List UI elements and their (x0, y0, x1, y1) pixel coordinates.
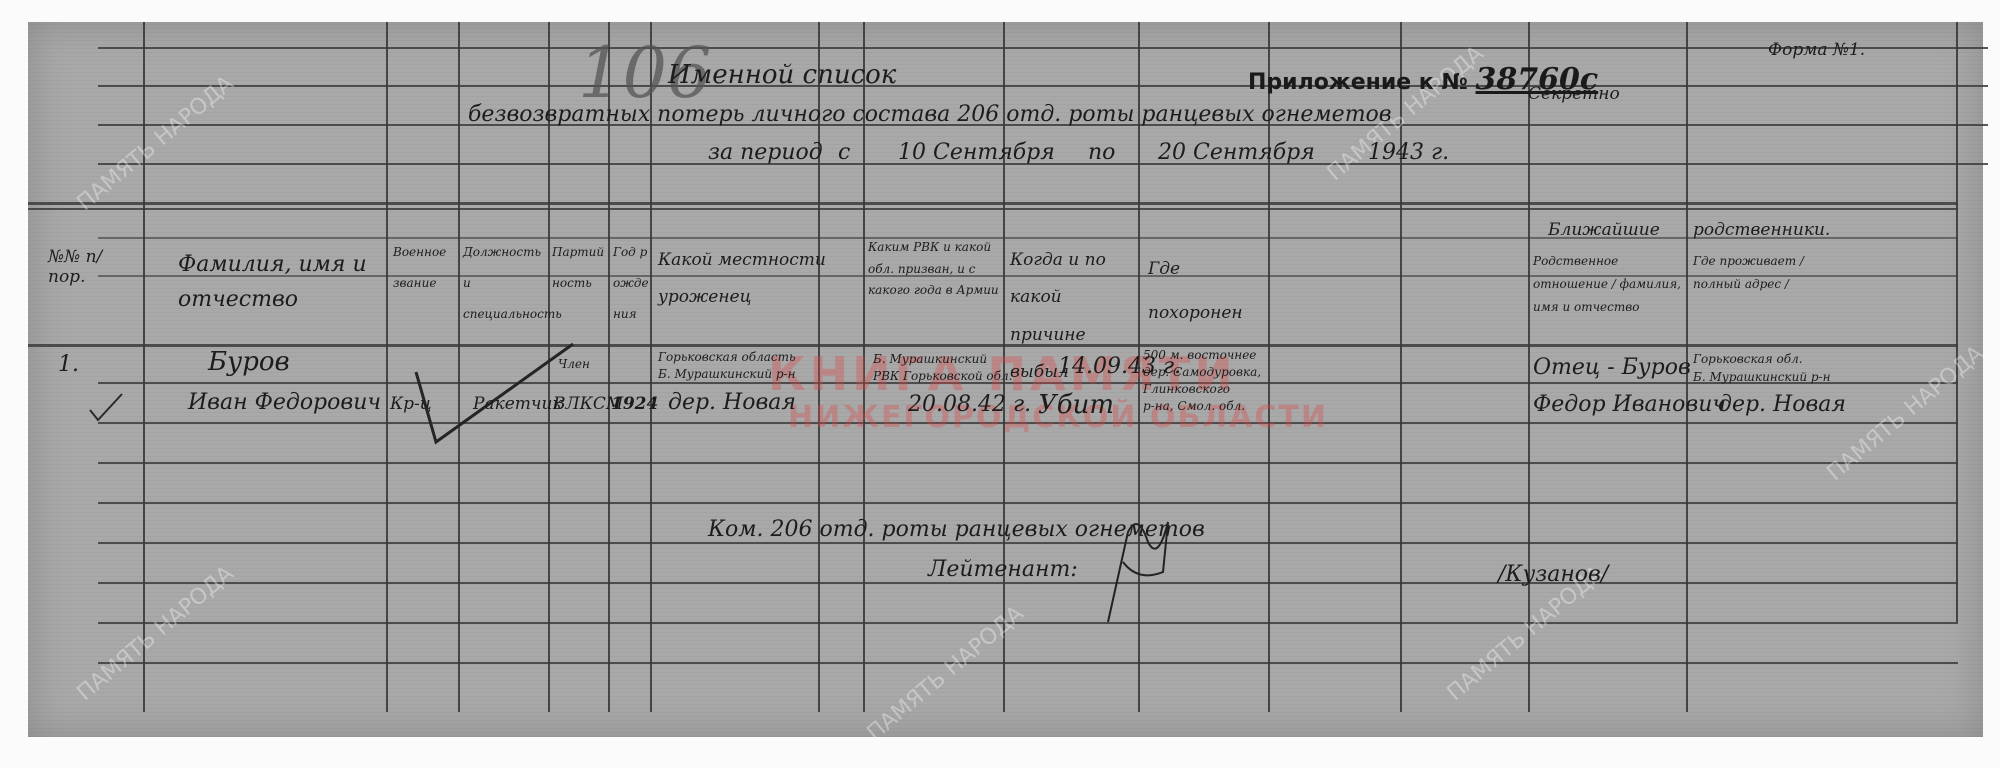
period-prefix: за период (708, 140, 823, 165)
rvk-line1: Б. Мурашкинский (873, 352, 987, 366)
birth-year: 1924 (611, 394, 658, 414)
position: Ракетчик (473, 394, 563, 414)
period-to: 20 Сентября (1158, 140, 1315, 165)
list-title: Именной список (668, 60, 896, 90)
party-top: Член (558, 357, 590, 371)
col-header-relative-address: Где проживает / полный адрес / (1693, 250, 1853, 296)
col-header-name: Фамилия, имя и отчество (178, 247, 378, 317)
surname: Буров (208, 347, 290, 377)
birthplace-district: Б. Мурашкинский р-н (658, 367, 796, 381)
relative-line1: Отец - Буров (1533, 355, 1691, 380)
watermark: ПАМЯТЬ НАРОДА (73, 72, 239, 216)
period-from-word: с (838, 140, 850, 165)
col-header-relative-name: Родственное отношение / фамилия, имя и о… (1533, 250, 1683, 318)
rvk-date: 20.08.42 г. (908, 392, 1031, 417)
signature-scribble-icon (1068, 512, 1188, 632)
ruled-line (98, 462, 1958, 464)
header-divider (28, 208, 1958, 210)
row-num: 1. (58, 352, 79, 377)
birthplace-region: Горьковская область (658, 350, 796, 364)
address-line3: дер. Новая (1718, 392, 1846, 417)
col-header-num: №№ п/пор. (48, 247, 128, 287)
list-subtitle: безвозвратных потерь личного состава 206… (468, 102, 1392, 127)
period-year: 1943 г. (1368, 140, 1449, 165)
address-line2: Б. Мурашкинский р-н (1693, 370, 1831, 384)
cause: Убит (1038, 390, 1114, 420)
signature-name: /Кузанов/ (1498, 562, 1608, 587)
check-mark-icon (86, 392, 126, 422)
document-sheet: ПАМЯТЬ НАРОДА ПАМЯТЬ НАРОДА ПАМЯТЬ НАРОД… (28, 22, 1983, 737)
col-header-rank: Военное звание (393, 237, 455, 299)
col-header-birthplace: Какой местности уроженец (658, 242, 858, 317)
col-header-party: Партийность (552, 237, 607, 299)
rank-label: Лейтенант: (928, 557, 1078, 582)
ruled-line (98, 237, 1958, 239)
column-line (1528, 22, 1530, 712)
burial-line2: дер. Самодуровка, (1143, 365, 1261, 379)
col-header-rvk: Каким РВК и какой обл. призван, и с како… (868, 237, 1000, 302)
burial-line4: р-на, Смол. обл. (1143, 399, 1245, 413)
ruled-line (98, 662, 1958, 664)
ruled-line (98, 47, 1988, 49)
ruled-line (98, 85, 1988, 87)
stamp-label: Приложение к № (1248, 70, 1468, 95)
watermark: ПАМЯТЬ НАРОДА (1823, 342, 1989, 486)
burial-line1: 500 м. восточнее (1143, 348, 1256, 362)
period-to-word: по (1088, 140, 1115, 165)
col-header-burial: Где похоронен (1148, 247, 1263, 335)
col-header-relatives-top-right: родственники. (1693, 220, 1830, 240)
col-header-relatives-top-left: Ближайшие (1548, 220, 1660, 240)
column-line (143, 22, 145, 712)
address-line1: Горьковская обл. (1693, 352, 1803, 366)
given-names: Иван Федорович (188, 390, 381, 415)
ruled-line (98, 622, 1958, 624)
col-header-birth-year: Год рождения (613, 237, 649, 331)
burial-line3: Глинковского (1143, 382, 1230, 396)
rvk-line2: РВК Горьковской обл. (873, 369, 1012, 383)
ruled-line (98, 542, 1958, 544)
col-header-position: Должность и специальность (463, 237, 545, 331)
birthplace-village: дер. Новая (668, 390, 796, 415)
classification: Секретно (1528, 84, 1620, 104)
period-from: 10 Сентября (898, 140, 1055, 165)
column-line (386, 22, 388, 712)
column-line (1956, 22, 1958, 622)
header-divider (28, 202, 1958, 205)
relative-line2: Федор Иванович (1533, 392, 1726, 417)
ruled-line (98, 582, 1958, 584)
form-label: Форма №1. (1768, 40, 1865, 60)
ruled-line (98, 502, 1958, 504)
